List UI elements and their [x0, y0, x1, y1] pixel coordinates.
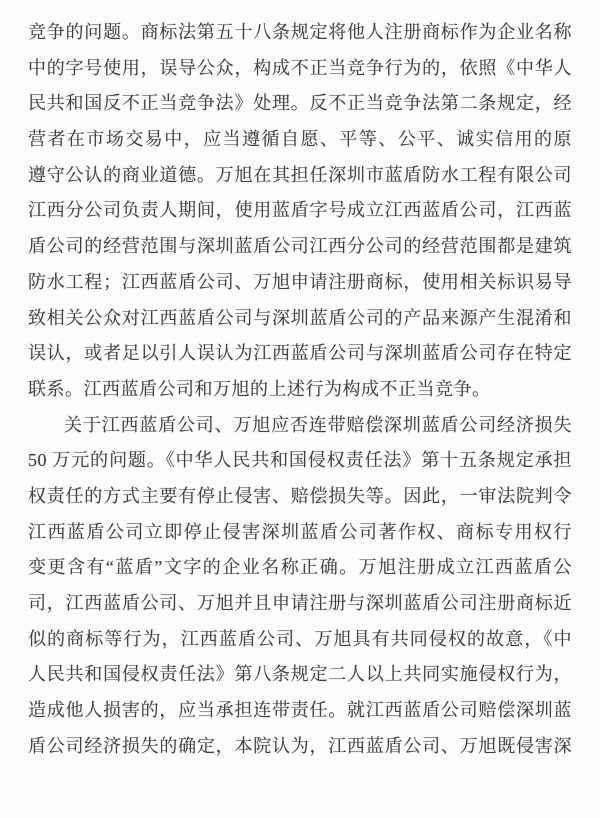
text-line: 民共和国反不正当竞争法》处理。反不正当竞争法第二条规定，经 — [28, 86, 572, 122]
text-line: 司，江西蓝盾公司、万旭并且申请注册与深圳蓝盾公司注册商标近 — [28, 586, 572, 622]
text-line: 致相关公众对江西蓝盾公司与深圳蓝盾公司的产品来源产生混淆和 — [28, 301, 572, 337]
text-line: 营者在市场交易中，应当遵循自愿、平等、公平、诚实信用的原则， — [28, 122, 572, 158]
text-line: 人民共和国侵权责任法》第八条规定二人以上共同实施侵权行为， — [28, 657, 572, 693]
text-line: 误认，或者足以引人误认为江西蓝盾公司与深圳蓝盾公司存在特定 — [28, 336, 572, 372]
text-line: 盾公司经济损失的确定，本院认为，江西蓝盾公司、万旭既侵害深 — [28, 729, 572, 765]
text-line: 50 万元的问题。《中华人民共和国侵权责任法》第十五条规定承担侵 — [28, 443, 572, 479]
text-line: 竞争的问题。商标法第五十八条规定将他人注册商标作为企业名称 — [28, 15, 572, 51]
text-line: 江西分公司负责人期间，使用蓝盾字号成立江西蓝盾公司，江西蓝 — [28, 193, 572, 229]
text-line-paragraph-start: 关于江西蓝盾公司、万旭应否连带赔偿深圳蓝盾公司经济损失 — [28, 408, 572, 444]
text-line: 遵守公认的商业道德。万旭在其担任深圳市蓝盾防水工程有限公司 — [28, 158, 572, 194]
text-line: 似的商标等行为，江西蓝盾公司、万旭具有共同侵权的故意，《中华 — [28, 622, 572, 658]
text-line: 盾公司的经营范围与深圳蓝盾公司江西分公司的经营范围都是建筑 — [28, 229, 572, 265]
document-page: 竞争的问题。商标法第五十八条规定将他人注册商标作为企业名称 中的字号使用，误导公… — [0, 0, 600, 818]
text-line: 变更含有“蓝盾”文字的企业名称正确。万旭注册成立江西蓝盾公 — [28, 550, 572, 586]
text-line: 江西蓝盾公司立即停止侵害深圳蓝盾公司著作权、商标专用权行为， — [28, 515, 572, 551]
text-line: 造成他人损害的，应当承担连带责任。就江西蓝盾公司赔偿深圳蓝 — [28, 693, 572, 729]
text-line: 中的字号使用，误导公众，构成不正当竞争行为的，依照《中华人 — [28, 51, 572, 87]
text-line: 防水工程；江西蓝盾公司、万旭申请注册商标，使用相关标识易导 — [28, 265, 572, 301]
text-line-paragraph-end: 联系。江西蓝盾公司和万旭的上述行为构成不正当竞争。 — [28, 372, 572, 408]
text-line: 权责任的方式主要有停止侵害、赔偿损失等。因此，一审法院判令 — [28, 479, 572, 515]
